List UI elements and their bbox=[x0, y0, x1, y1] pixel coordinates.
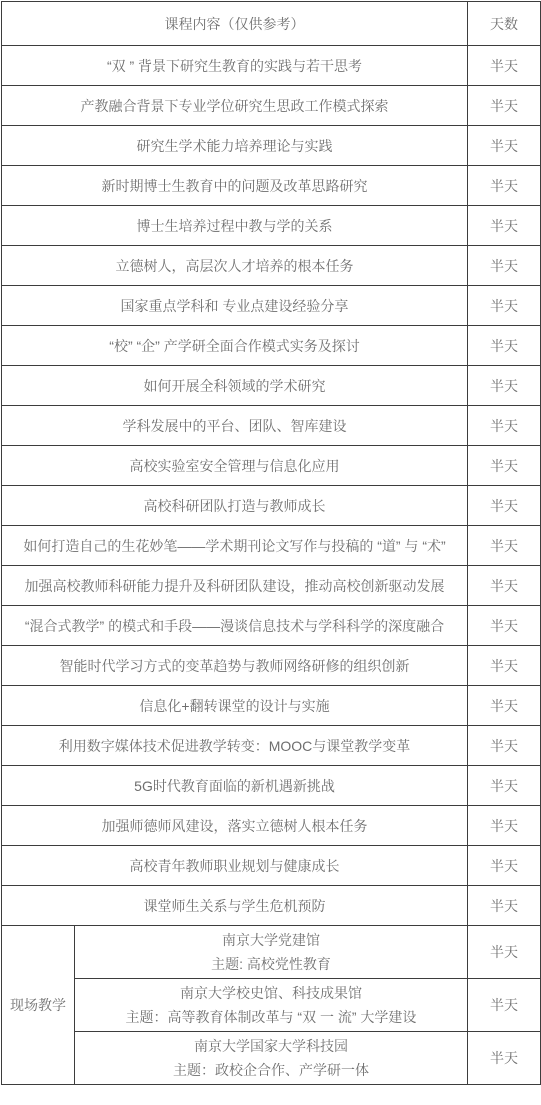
days-cell: 半天 bbox=[468, 166, 541, 206]
course-cell: 国家重点学科和 专业点建设经验分享 bbox=[2, 286, 468, 326]
course-cell: 智能时代学习方式的变革趋势与教师网络研修的组织创新 bbox=[2, 646, 468, 686]
venue-name: 南京大学校史馆、科技成果馆 bbox=[81, 981, 461, 1005]
course-cell: 高校科研团队打造与教师成长 bbox=[2, 486, 468, 526]
days-cell: 半天 bbox=[468, 766, 541, 806]
course-cell: 产教融合背景下专业学位研究生思政工作模式探索 bbox=[2, 86, 468, 126]
table-row: 产教融合背景下专业学位研究生思政工作模式探索 半天 bbox=[2, 86, 541, 126]
course-cell: 课堂师生关系与学生危机预防 bbox=[2, 886, 468, 926]
days-cell: 半天 bbox=[468, 526, 541, 566]
days-cell: 半天 bbox=[468, 646, 541, 686]
days-cell: 半天 bbox=[468, 486, 541, 526]
course-schedule-table: 课程内容（仅供参考） 天数 “双 ” 背景下研究生教育的实践与若干思考 半天 产… bbox=[1, 1, 541, 1085]
field-teaching-label: 现场教学 bbox=[2, 926, 75, 1085]
days-cell: 半天 bbox=[468, 326, 541, 366]
days-cell: 半天 bbox=[468, 566, 541, 606]
course-cell: 如何打造自己的生花妙笔——学术期刊论文写作与投稿的 “道” 与 “术” bbox=[2, 526, 468, 566]
table-row: “混合式教学” 的模式和手段——漫谈信息技术与学科科学的深度融合 半天 bbox=[2, 606, 541, 646]
days-cell: 半天 bbox=[468, 979, 541, 1032]
table-row: 利用数字媒体技术促进教学转变：MOOC与课堂教学变革 半天 bbox=[2, 726, 541, 766]
days-cell: 半天 bbox=[468, 1032, 541, 1085]
table-row: 高校青年教师职业规划与健康成长 半天 bbox=[2, 846, 541, 886]
venue-theme: 主题：高等教育体制改革与 “双 一 流” 大学建设 bbox=[81, 1005, 461, 1029]
header-course-content: 课程内容（仅供参考） bbox=[2, 2, 468, 46]
days-cell: 半天 bbox=[468, 406, 541, 446]
table-row: “双 ” 背景下研究生教育的实践与若干思考 半天 bbox=[2, 46, 541, 86]
venue-cell: 南京大学党建馆 主题: 高校党性教育 bbox=[75, 926, 468, 979]
course-cell: 如何开展全科领域的学术研究 bbox=[2, 366, 468, 406]
course-cell: 新时期博士生教育中的问题及改革思路研究 bbox=[2, 166, 468, 206]
course-cell: 研究生学术能力培养理论与实践 bbox=[2, 126, 468, 166]
table-row: 信息化+翻转课堂的设计与实施 半天 bbox=[2, 686, 541, 726]
days-cell: 半天 bbox=[468, 886, 541, 926]
table-header-row: 课程内容（仅供参考） 天数 bbox=[2, 2, 541, 46]
table-row: 课堂师生关系与学生危机预防 半天 bbox=[2, 886, 541, 926]
table-row: 立德树人，高层次人才培养的根本任务 半天 bbox=[2, 246, 541, 286]
days-cell: 半天 bbox=[468, 926, 541, 979]
days-cell: 半天 bbox=[468, 86, 541, 126]
venue-cell: 南京大学国家大学科技园 主题：政校企合作、产学研一体 bbox=[75, 1032, 468, 1085]
course-cell: 5G时代教育面临的新机遇新挑战 bbox=[2, 766, 468, 806]
days-cell: 半天 bbox=[468, 286, 541, 326]
course-cell: 加强高校教师科研能力提升及科研团队建设，推动高校创新驱动发展 bbox=[2, 566, 468, 606]
venue-theme: 主题: 高校党性教育 bbox=[81, 952, 461, 976]
days-cell: 半天 bbox=[468, 206, 541, 246]
days-cell: 半天 bbox=[468, 846, 541, 886]
table-row: 新时期博士生教育中的问题及改革思路研究 半天 bbox=[2, 166, 541, 206]
table-row: 智能时代学习方式的变革趋势与教师网络研修的组织创新 半天 bbox=[2, 646, 541, 686]
days-cell: 半天 bbox=[468, 246, 541, 286]
field-teaching-row: 现场教学 南京大学党建馆 主题: 高校党性教育 半天 bbox=[2, 926, 541, 979]
course-cell: “双 ” 背景下研究生教育的实践与若干思考 bbox=[2, 46, 468, 86]
table-row: 加强高校教师科研能力提升及科研团队建设，推动高校创新驱动发展 半天 bbox=[2, 566, 541, 606]
days-cell: 半天 bbox=[468, 446, 541, 486]
table-row: 国家重点学科和 专业点建设经验分享 半天 bbox=[2, 286, 541, 326]
days-cell: 半天 bbox=[468, 686, 541, 726]
days-cell: 半天 bbox=[468, 806, 541, 846]
table-row: “校” “企” 产学研全面合作模式实务及探讨 半天 bbox=[2, 326, 541, 366]
table-row: 加强师德师风建设，落实立德树人根本任务 半天 bbox=[2, 806, 541, 846]
table-row: 高校实验室安全管理与信息化应用 半天 bbox=[2, 446, 541, 486]
days-cell: 半天 bbox=[468, 366, 541, 406]
table-row: 如何打造自己的生花妙笔——学术期刊论文写作与投稿的 “道” 与 “术” 半天 bbox=[2, 526, 541, 566]
days-cell: 半天 bbox=[468, 126, 541, 166]
course-cell: “校” “企” 产学研全面合作模式实务及探讨 bbox=[2, 326, 468, 366]
table-row: 如何开展全科领域的学术研究 半天 bbox=[2, 366, 541, 406]
course-cell: 加强师德师风建设，落实立德树人根本任务 bbox=[2, 806, 468, 846]
venue-cell: 南京大学校史馆、科技成果馆 主题：高等教育体制改革与 “双 一 流” 大学建设 bbox=[75, 979, 468, 1032]
venue-theme: 主题：政校企合作、产学研一体 bbox=[81, 1058, 461, 1082]
course-cell: 博士生培养过程中教与学的关系 bbox=[2, 206, 468, 246]
header-days: 天数 bbox=[468, 2, 541, 46]
course-cell: 高校青年教师职业规划与健康成长 bbox=[2, 846, 468, 886]
days-cell: 半天 bbox=[468, 726, 541, 766]
course-cell: 信息化+翻转课堂的设计与实施 bbox=[2, 686, 468, 726]
field-teaching-row: 南京大学校史馆、科技成果馆 主题：高等教育体制改革与 “双 一 流” 大学建设 … bbox=[2, 979, 541, 1032]
table-row: 学科发展中的平台、团队、智库建设 半天 bbox=[2, 406, 541, 446]
course-cell: 学科发展中的平台、团队、智库建设 bbox=[2, 406, 468, 446]
table-row: 高校科研团队打造与教师成长 半天 bbox=[2, 486, 541, 526]
days-cell: 半天 bbox=[468, 606, 541, 646]
table-row: 研究生学术能力培养理论与实践 半天 bbox=[2, 126, 541, 166]
course-cell: “混合式教学” 的模式和手段——漫谈信息技术与学科科学的深度融合 bbox=[2, 606, 468, 646]
course-cell: 立德树人，高层次人才培养的根本任务 bbox=[2, 246, 468, 286]
days-cell: 半天 bbox=[468, 46, 541, 86]
field-teaching-row: 南京大学国家大学科技园 主题：政校企合作、产学研一体 半天 bbox=[2, 1032, 541, 1085]
table-row: 博士生培养过程中教与学的关系 半天 bbox=[2, 206, 541, 246]
venue-name: 南京大学国家大学科技园 bbox=[81, 1034, 461, 1058]
page: 课程内容（仅供参考） 天数 “双 ” 背景下研究生教育的实践与若干思考 半天 产… bbox=[0, 0, 541, 1105]
venue-name: 南京大学党建馆 bbox=[81, 928, 461, 952]
course-cell: 利用数字媒体技术促进教学转变：MOOC与课堂教学变革 bbox=[2, 726, 468, 766]
table-row: 5G时代教育面临的新机遇新挑战 半天 bbox=[2, 766, 541, 806]
course-cell: 高校实验室安全管理与信息化应用 bbox=[2, 446, 468, 486]
